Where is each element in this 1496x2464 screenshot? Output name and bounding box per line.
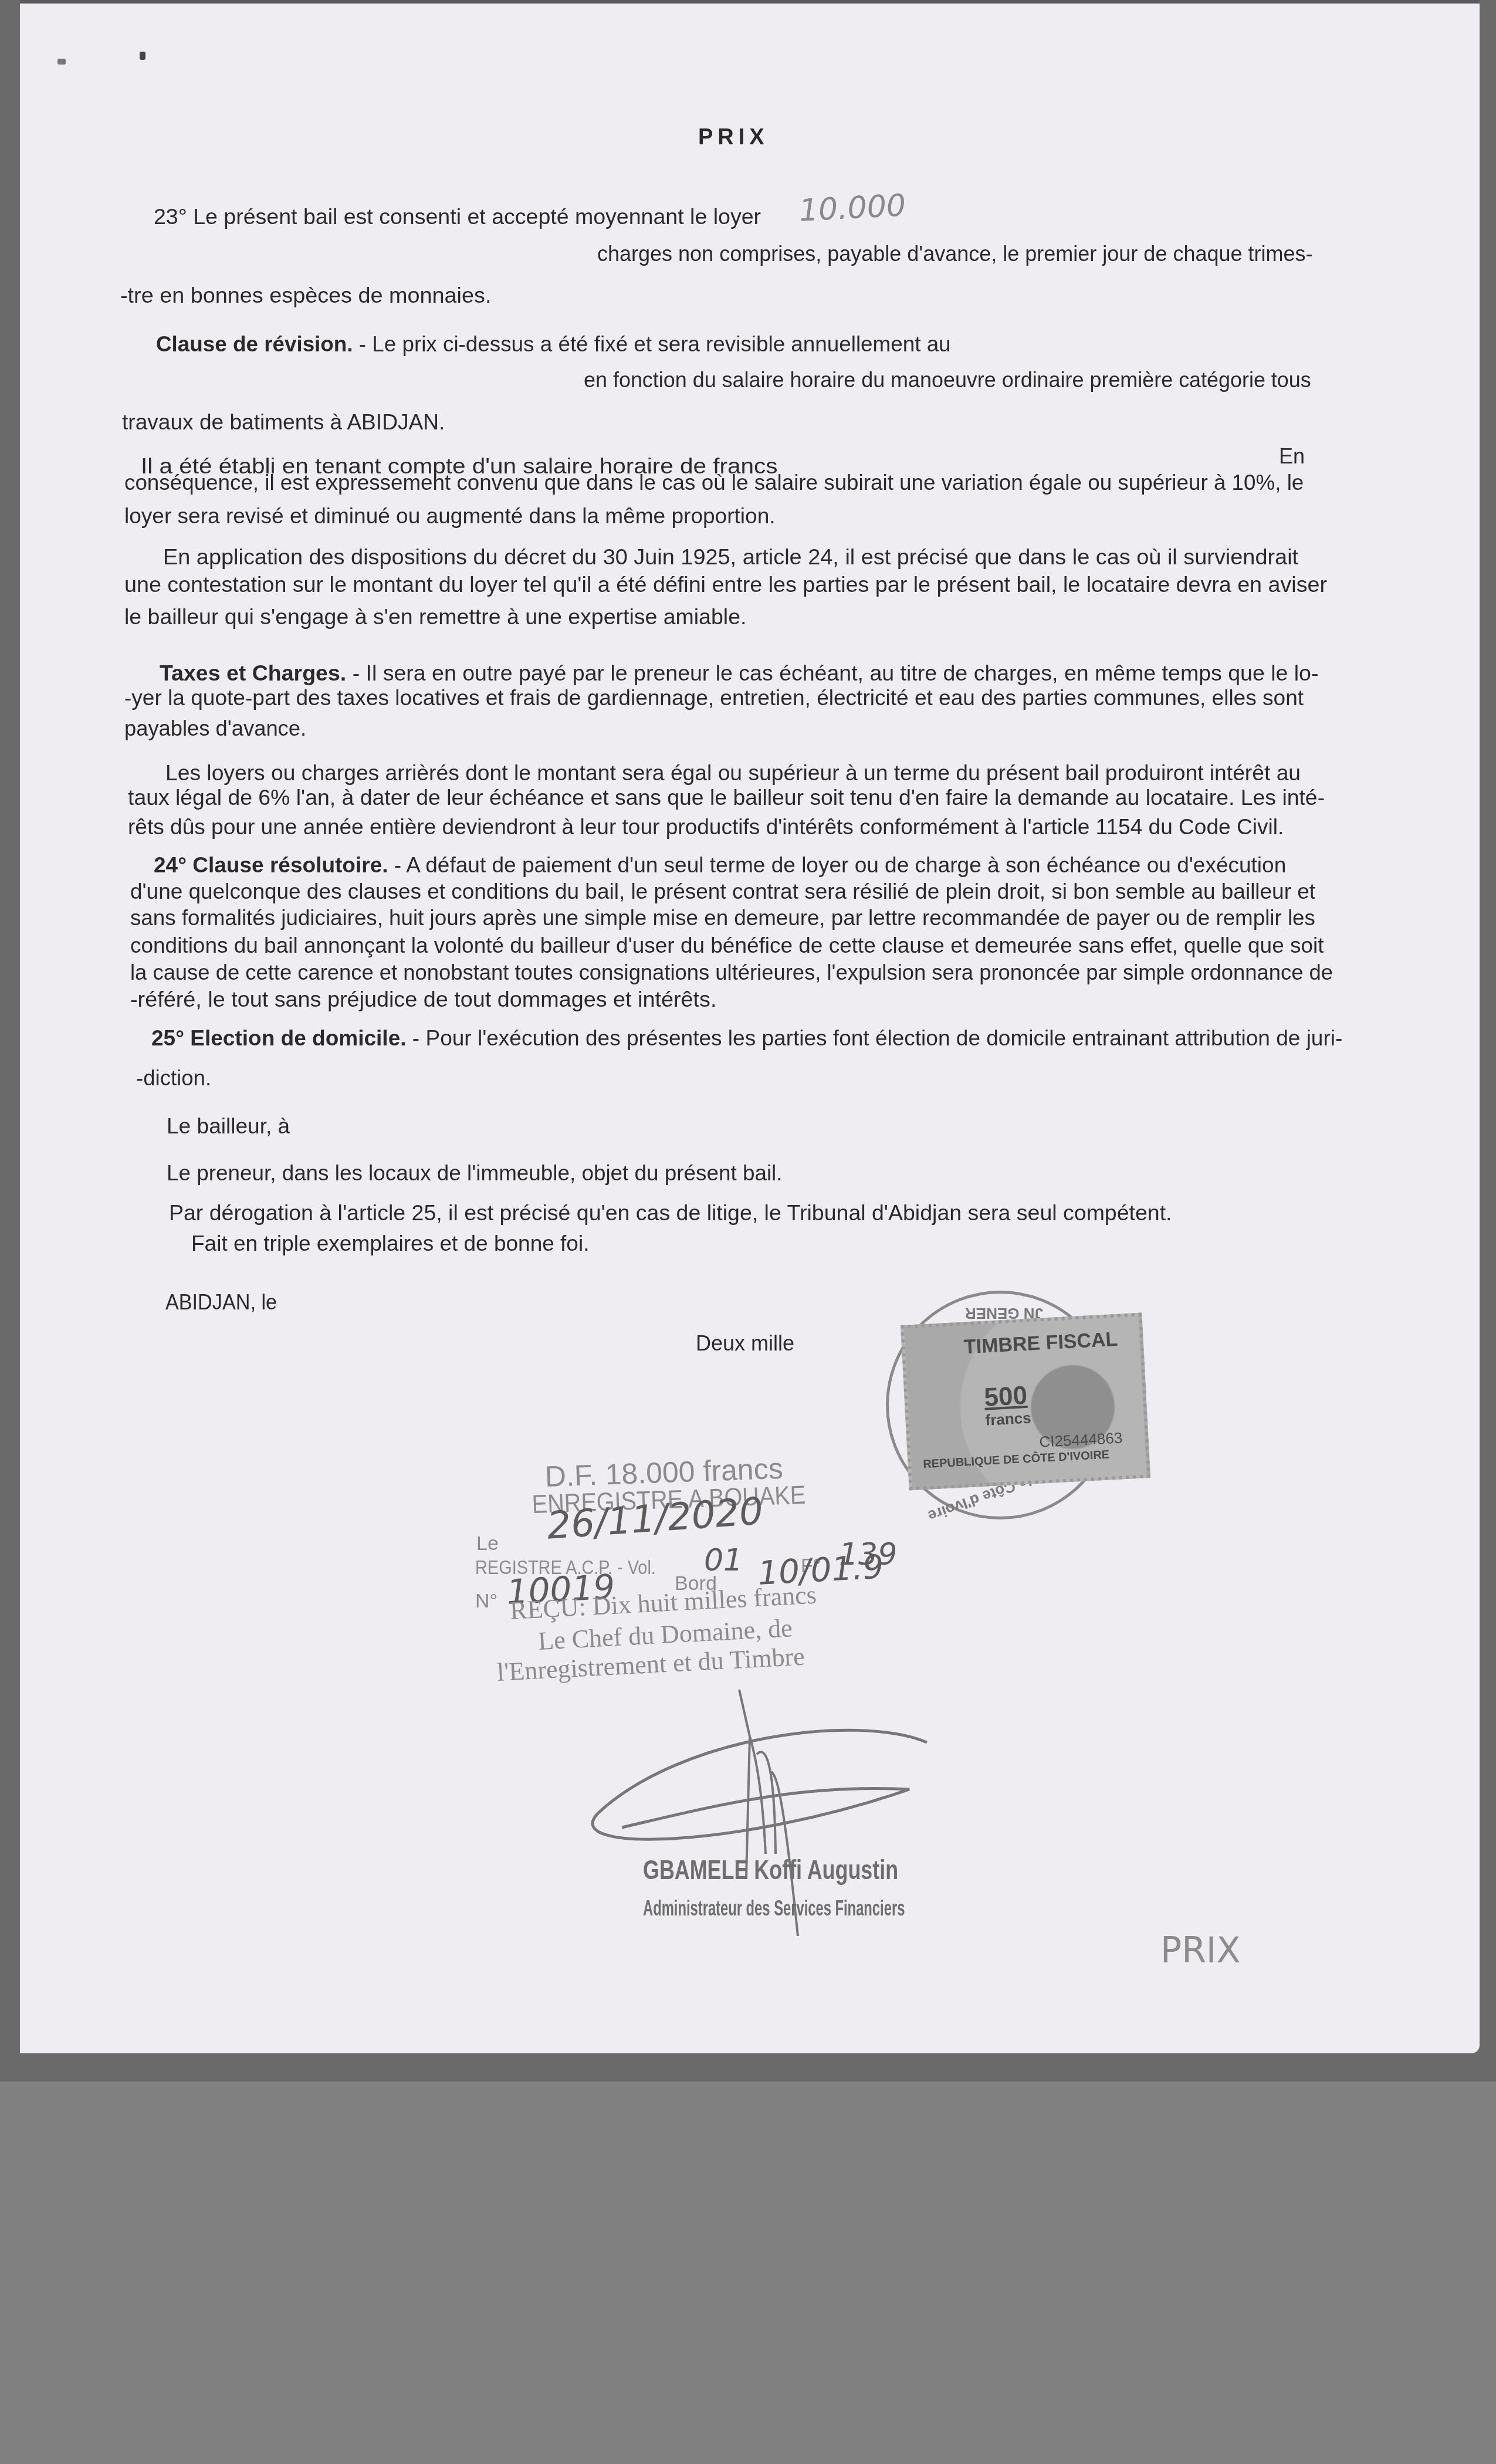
article-25-line-1: 25° Election de domicile. - Pour l'exécu… [151,1027,1342,1050]
article-24-line-6: -référé, le tout sans préjudice de tout … [130,988,716,1011]
article-23-line-3: -tre en bonnes espèces de monnaies. [120,284,491,307]
article-25-line-2: -diction. [136,1067,211,1090]
fait-line: Fait en triple exemplaires et de bonne f… [191,1232,589,1255]
salary-line-2: conséquence, il est expressement convenu… [124,471,1304,495]
article-23-line-2: charges non comprises, payable d'avance,… [597,242,1313,266]
signatory-name: GBAMELE Koffi Augustin [643,1854,898,1886]
decree-line-2: une contestation sur le montant du loyer… [124,573,1327,597]
decree-line-1: En application des dispositions du décre… [163,546,1298,569]
preneur-line: Le preneur, dans les locaux de l'immeubl… [167,1162,783,1185]
article-25-heading: 25° Election de domicile. [151,1026,407,1050]
revision-line-3: travaux de batiments à ABIDJAN. [122,411,445,434]
handwritten-rent-amount: 10.000 [798,188,907,228]
article-24-line-2: d'une quelconque des clauses et conditio… [130,880,1315,903]
decree-line-3: le bailleur qui s'engage à s'en remettre… [124,605,746,629]
salary-line-3: loyer sera revisé et diminué ou augmenté… [124,505,776,528]
place-date-line: ABIDJAN, le [165,1291,277,1314]
fiscal-stamp-title: TIMBRE FISCAL [963,1328,1118,1359]
taxes-line-1: Taxes et Charges. - Il sera en outre pay… [160,662,1318,685]
revision-line-2: en fonction du salaire horaire du manoeu… [584,368,1311,392]
fiscal-stamp: TIMBRE FISCAL 500 francs CI25444863 REPU… [901,1312,1150,1490]
revision-heading: Clause de révision. [156,332,353,356]
taxes-text: - Il sera en outre payé par le preneur l… [346,661,1318,685]
fiscal-stamp-amount: 500 [983,1381,1028,1413]
signatory-title: Administrateur des Services Financiers [643,1896,905,1921]
article-23-line-1: 23° Le présent bail est consenti et acce… [154,205,761,229]
stamp-number-label: N° [475,1590,497,1613]
deux-mille-line: Deux mille [696,1332,794,1355]
fiscal-stamp-serial: CI25444863 [1039,1429,1123,1451]
article-24-line-4: conditions du bail annonçant la volonté … [130,934,1324,957]
salary-line-1-end: En [1279,445,1305,468]
arrears-line-1: Les loyers ou charges arrièrés dont le m… [165,761,1301,785]
article-24-heading: 24° Clause résolutoire. [154,853,388,877]
fiscal-stamp-currency: francs [985,1409,1032,1430]
revision-line-1: Clause de révision. - Le prix ci-dessus … [156,333,951,356]
derogation-line: Par dérogation à l'article 25, il est pr… [169,1201,1172,1225]
arrears-line-2: taux légal de 6% l'an, à dater de leur é… [128,786,1325,810]
staple-mark [140,52,145,60]
staple-mark [57,59,66,65]
taxes-line-2: -yer la quote-part des taxes locatives e… [124,686,1304,710]
article-24-line-1: 24° Clause résolutoire. - A défaut de pa… [154,854,1286,877]
bailleur-line: Le bailleur, à [167,1115,290,1138]
fiscal-stamp-country: REPUBLIQUE DE CÔTE D'IVOIRE [923,1448,1110,1472]
article-24-line-5: la cause de cette carence et nonobstant … [130,961,1333,984]
page-top-edge [20,0,1480,4]
stamp-date-label: Le [476,1532,499,1555]
taxes-line-3: payables d'avance. [124,717,306,740]
taxes-heading: Taxes et Charges. [160,661,346,685]
arrears-line-3: rêts dûs pour une année entière deviendr… [128,815,1284,839]
article-24-line-3: sans formalités judiciaires, huit jours … [130,906,1315,930]
article-25-text: - Pour l'exécution des présentes les par… [407,1026,1343,1050]
article-24-text: - A défaut de paiement d'un seul terme d… [388,853,1287,877]
page-title: PRIX [698,125,769,150]
revision-text: - Le prix ci-dessus a été fixé et sera r… [353,332,951,356]
handwritten-page-label: PRIX [1160,1930,1241,1971]
